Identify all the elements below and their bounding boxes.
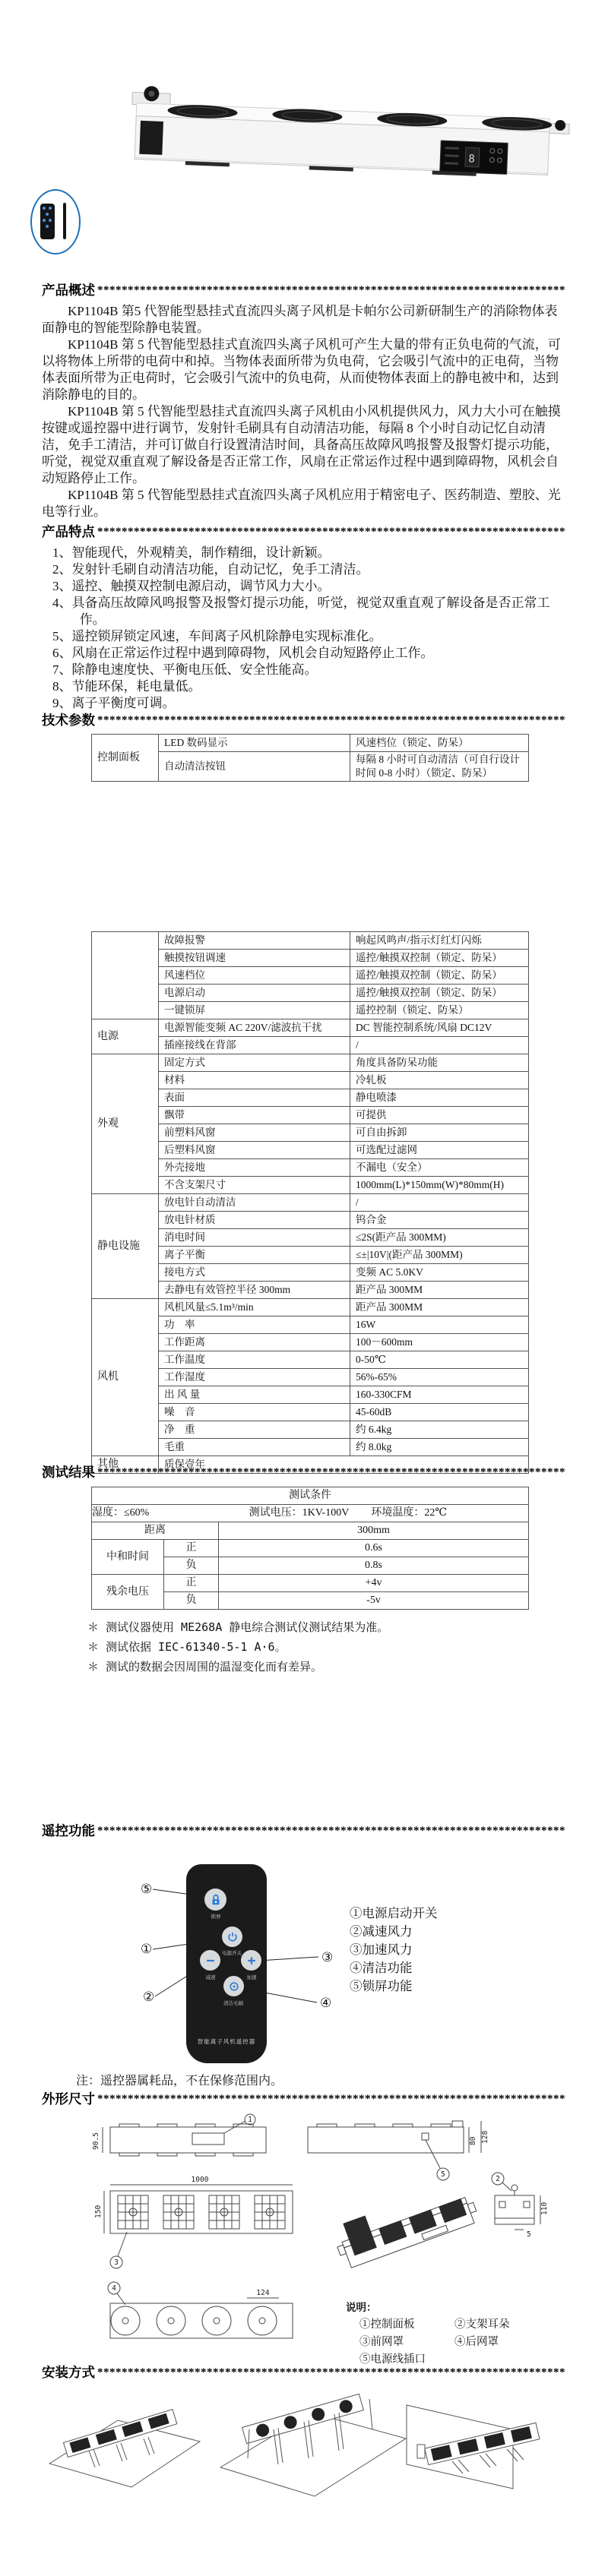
- spec-value: 45-60dB: [350, 1404, 529, 1421]
- test-notes: ＊ 测试仪器使用 ME268A 静电综合测试仪测试结果为准。＊ 测试依据 IEC…: [87, 1617, 566, 1677]
- svg-text:80: 80: [469, 2136, 477, 2145]
- features-section: 产品特点 ***********************************…: [42, 524, 566, 712]
- divider-stars: ****************************************…: [95, 1823, 566, 1839]
- install-option-1: [49, 2410, 200, 2487]
- spec-key: 放电针自动清洁: [159, 1194, 350, 1212]
- condition-item: 测试电压：1KV-100V: [249, 1506, 372, 1520]
- spec-key: 离子平衡: [159, 1247, 350, 1264]
- panel-value: 风速档位（锁定、防呆）: [350, 735, 529, 752]
- condition-item: 湿度：≤60%: [92, 1506, 249, 1520]
- svg-text:4: 4: [112, 2284, 116, 2293]
- remote-legend-item: ⑤锁屏功能: [350, 1977, 438, 1996]
- spec-value: DC 智能控制系统/风扇 DC12V: [350, 1019, 529, 1037]
- spec-value: 静电喷漆: [350, 1089, 529, 1107]
- section-title: 技术参数: [42, 713, 95, 729]
- svg-text:5: 5: [441, 2170, 445, 2179]
- svg-text:3: 3: [114, 2258, 119, 2267]
- feature-item: 9、离子平衡度可调。: [52, 695, 566, 712]
- spec-key: 不含支架尺寸: [159, 1177, 350, 1194]
- feature-item: 4、具备高压故障风鸣报警及报警灯提示功能，听觉，视觉双重直观了解设备是否正常工作…: [52, 595, 566, 628]
- remote-lock-label: 锁屏: [199, 1913, 233, 1920]
- spec-table: 故障报警响起风鸣声/指示灯红灯闪烁触摸按钮调速遥控/触摸双控制（锁定、防呆）风速…: [91, 931, 529, 1474]
- spec-key: 前塑料风窗: [159, 1124, 350, 1142]
- remote-brand-text: 智能离子风机遥控器: [186, 2037, 267, 2046]
- section-title: 外形尺寸: [42, 2091, 95, 2107]
- spec-key: 固定方式: [159, 1054, 350, 1072]
- spec-key: 电源启动: [159, 985, 350, 1002]
- test-value: -5v: [219, 1592, 529, 1610]
- test-table: 测试条件 湿度：≤60%测试电压：1KV-100V环境温度：22℃ 距离 300…: [91, 1487, 529, 1610]
- svg-text:8: 8: [468, 153, 475, 165]
- svg-text:2: 2: [496, 2175, 500, 2183]
- section-title: 测试结果: [42, 1465, 95, 1481]
- svg-text:1: 1: [248, 2116, 252, 2124]
- section-header: 产品特点 ***********************************…: [42, 524, 566, 540]
- remote-legend: ①电源启动开关②减速风力③加速风力④清洁功能⑤锁屏功能: [350, 1904, 438, 1996]
- remote-minus-button: [200, 1950, 220, 1971]
- remote-section: 遥控功能 ***********************************…: [42, 1823, 566, 2105]
- legend-item: ③前网罩: [359, 2334, 454, 2351]
- spec-row: 故障报警响起风鸣声/指示灯红灯闪烁: [92, 932, 529, 950]
- remote-lock-button: [204, 1889, 226, 1911]
- panel-key: LED 数码显示: [159, 735, 350, 752]
- spec-row: 静电设施放电针自动清洁/: [92, 1194, 529, 1212]
- section-header: 安装方式 ***********************************…: [42, 2365, 566, 2381]
- spec-table-body: 故障报警响起风鸣声/指示灯红灯闪烁触摸按钮调速遥控/触摸双控制（锁定、防呆）风速…: [92, 932, 529, 1474]
- front-view: 1 90.5: [92, 2114, 266, 2156]
- spec-value: 遥控/触摸双控制（锁定、防呆）: [350, 967, 529, 985]
- spec-key: 材料: [159, 1072, 350, 1089]
- spec-value: 约 6.4kg: [350, 1421, 529, 1439]
- spec-group-label: 外观: [92, 1054, 159, 1194]
- feature-item: 6、风扇在正常运作过程中遇到障碍物，风机会自动短路停止工作。: [52, 645, 566, 662]
- spec-key: 风机风量≤5.1m³/min: [159, 1299, 350, 1316]
- conditions-row: 湿度：≤60%测试电压：1KV-100V环境温度：22℃: [92, 1506, 528, 1520]
- divider-stars: ****************************************…: [95, 283, 566, 299]
- table-row: 湿度：≤60%测试电压：1KV-100V环境温度：22℃: [92, 1505, 529, 1522]
- spec-key: 功 率: [159, 1316, 350, 1334]
- spec-key: 故障报警: [159, 932, 350, 950]
- power-icon: [226, 1931, 239, 1943]
- table-row: 残余电压 正 +4v: [92, 1575, 529, 1592]
- test-value: 0.8s: [219, 1557, 529, 1575]
- callout-4: ④: [320, 1996, 331, 2009]
- section-title: 产品特点: [42, 524, 95, 540]
- spec-value: 变频 AC 5.0KV: [350, 1264, 529, 1282]
- spec-group-label: 电源: [92, 1019, 159, 1054]
- spec-value: 响起风鸣声/指示灯红灯闪烁: [350, 932, 529, 950]
- table-row: 中和时间 正 0.6s: [92, 1540, 529, 1557]
- spec-group-label: [92, 932, 159, 1019]
- callout-lines: [42, 1839, 566, 2105]
- divider-stars: ****************************************…: [95, 1465, 566, 1481]
- spec-value: 56%-65%: [350, 1369, 529, 1386]
- remote-clean-label: 清洁毛刷: [217, 1999, 250, 2006]
- feature-item: 5、遥控锁屏锁定风速，车间离子风机除静电实现标准化。: [52, 628, 566, 645]
- spec-key: 放电针材质: [159, 1212, 350, 1229]
- remote-note: 注：遥控器属耗品，不在保修范围内。: [76, 2071, 283, 2088]
- legend-item: ④后网罩: [454, 2334, 510, 2351]
- panel-key: 自动清洁按钮: [159, 752, 350, 782]
- condition-item: 环境温度：22℃: [371, 1506, 447, 1520]
- installation-section: 安装方式 ***********************************…: [42, 2365, 566, 2503]
- spec-value: 遥控/触摸双控制（锁定、防呆）: [350, 985, 529, 1002]
- svg-text:90.5: 90.5: [92, 2132, 100, 2150]
- test-sign: 正: [164, 1575, 219, 1592]
- feature-list: 1、智能现代，外观精美，制作精细，设计新颖。2、发射针毛刷自动清洁功能，自动记忆…: [42, 545, 566, 712]
- svg-text:110: 110: [540, 2202, 549, 2215]
- lock-icon: [209, 1893, 223, 1907]
- spec-key: 风速档位: [159, 967, 350, 985]
- install-option-3: [407, 2405, 540, 2489]
- control-panel: 8: [440, 141, 508, 174]
- spec-key: 工作湿度: [159, 1369, 350, 1386]
- tech-params-section: 技术参数 ***********************************…: [42, 713, 566, 782]
- spec-key: 净 重: [159, 1421, 350, 1439]
- divider-stars: ****************************************…: [95, 524, 566, 540]
- spec-value: 角度具备防呆功能: [350, 1054, 529, 1072]
- spec-value: 距产品 300MM: [350, 1299, 529, 1316]
- spec-key: 触摸按钮调速: [159, 950, 350, 967]
- test-note: ＊ 测试依据 IEC-61340-5-1 A·6。: [87, 1637, 566, 1657]
- spec-value: 1000mm(L)*150mm(W)*80mm(H): [350, 1177, 529, 1194]
- remote-minus-label: 减速: [194, 1974, 227, 1980]
- remote-legend-item: ②减速风力: [350, 1923, 438, 1941]
- remote-device: 锁屏 电源开关 减速: [186, 1864, 267, 2063]
- legend-grid: ①控制面板②支架耳朵③前网罩④后网罩⑤电源线插口: [346, 2316, 510, 2369]
- spec-key: 电源智能变频 AC 220V/滤波抗干扰: [159, 1019, 350, 1037]
- table-row: 测试条件: [92, 1487, 529, 1505]
- divider-stars: ****************************************…: [95, 2091, 566, 2107]
- overview-section: 产品概述 ***********************************…: [42, 283, 566, 520]
- remote-thumbnail: [30, 189, 81, 254]
- spec-group-label: 静电设施: [92, 1194, 159, 1299]
- test-group-label: 中和时间: [92, 1540, 164, 1575]
- bracket-detail: 110 5 2: [492, 2173, 549, 2239]
- remote-plus-button: [241, 1950, 261, 1971]
- spec-row: 电源电源智能变频 AC 220V/滤波抗干扰DC 智能控制系统/风扇 DC12V: [92, 1019, 529, 1037]
- callout-5: ⑤: [141, 1882, 152, 1895]
- section-title: 安装方式: [42, 2365, 95, 2381]
- test-value: +4v: [219, 1575, 529, 1592]
- legend-title: 说明：: [346, 2299, 510, 2316]
- overview-paragraph: KP1104B 第 5 代智能型悬挂式直流四头离子风机可产生大量的带有正负电荷的…: [42, 337, 566, 403]
- isometric-view: [331, 2179, 480, 2270]
- dimension-drawings: 1 90.5 5 80 128: [42, 2107, 566, 2364]
- conditions-cell: 湿度：≤60%测试电压：1KV-100V环境温度：22℃: [92, 1505, 529, 1522]
- spec-value: ≤±|10V|(距产品 300MM): [350, 1247, 529, 1264]
- test-sign: 正: [164, 1540, 219, 1557]
- panel-group-label: 控制面板: [92, 735, 159, 782]
- section-title: 遥控功能: [42, 1823, 95, 1839]
- remote-legend-item: ①电源启动开关: [350, 1904, 438, 1923]
- bottom-view: 124: [110, 2289, 293, 2338]
- spec-key: 毛重: [159, 1439, 350, 1456]
- distance-label: 距离: [92, 1522, 219, 1540]
- table-row: 距离 300mm: [92, 1522, 529, 1540]
- spec-row: 外观固定方式角度具备防呆功能: [92, 1054, 529, 1072]
- legend-item: ①控制面板: [359, 2316, 454, 2334]
- spec-group-label: 风机: [92, 1299, 159, 1456]
- remote-legend-item: ④清洁功能: [350, 1959, 438, 1977]
- spec-table-section: 故障报警响起风鸣声/指示灯红灯闪烁触摸按钮调速遥控/触摸双控制（锁定、防呆）风速…: [42, 931, 566, 1474]
- spec-key: 外壳接地: [159, 1159, 350, 1177]
- feature-item: 1、智能现代，外观精美，制作精细，设计新颖。: [52, 545, 566, 561]
- spec-value: 0-50℃: [350, 1351, 529, 1369]
- spec-row: 风机风机风量≤5.1m³/min距产品 300MM: [92, 1299, 529, 1316]
- spec-value: 可选配过滤网: [350, 1142, 529, 1159]
- spec-key: 噪 音: [159, 1404, 350, 1421]
- dimensions-section: 外形尺寸 ***********************************…: [42, 2091, 566, 2364]
- section-header: 技术参数 ***********************************…: [42, 713, 566, 729]
- svg-text:5: 5: [527, 2230, 531, 2239]
- spec-key: 工作温度: [159, 1351, 350, 1369]
- overview-paragraph: KP1104B 第 5 代智能型悬挂式直流四头离子风机应用于精密电子、医药制造、…: [42, 487, 566, 520]
- remote-legend-item: ③加速风力: [350, 1941, 438, 1959]
- test-group-label: 残余电压: [92, 1575, 164, 1610]
- spec-key: 飘带: [159, 1107, 350, 1124]
- legend-item: ②支架耳朵: [454, 2316, 510, 2334]
- spec-key: 一键锁屏: [159, 1002, 350, 1019]
- spec-value: 160-330CFM: [350, 1386, 529, 1404]
- section-header: 外形尺寸 ***********************************…: [42, 2091, 566, 2107]
- remote-figure: 锁屏 电源开关 减速: [42, 1839, 566, 2105]
- side-label: [139, 121, 163, 155]
- test-value: 0.6s: [219, 1540, 529, 1557]
- top-view: 1000 150 3 4: [94, 2176, 293, 2305]
- feature-item: 8、节能环保，耗电量低。: [52, 678, 566, 695]
- spec-key: 出 风 量: [159, 1386, 350, 1404]
- section-header: 产品概述 ***********************************…: [42, 283, 566, 299]
- conditions-header: 测试条件: [92, 1487, 529, 1505]
- spec-value: 16W: [350, 1316, 529, 1334]
- spec-key: 去静电有效管控半径 300mm: [159, 1282, 350, 1299]
- install-option-2: [220, 2394, 406, 2496]
- spec-key: 接电方式: [159, 1264, 350, 1282]
- svg-text:150: 150: [94, 2205, 103, 2218]
- section-title: 产品概述: [42, 283, 95, 299]
- spec-value: 距产品 300MM: [350, 1282, 529, 1299]
- spec-value: 冷轧板: [350, 1072, 529, 1089]
- remote-power-button: [222, 1926, 242, 1947]
- test-results-section: 测试结果 ***********************************…: [42, 1465, 566, 1677]
- product-photo: 8: [114, 53, 579, 199]
- plus-icon: [245, 1955, 258, 1967]
- spec-key: 后塑料风窗: [159, 1142, 350, 1159]
- panel-table: 控制面板 LED 数码显示 风速档位（锁定、防呆） 自动清洁按钮 每隔 8 小时…: [91, 734, 529, 782]
- spec-value: /: [350, 1037, 529, 1054]
- spec-key: 消电时间: [159, 1229, 350, 1247]
- spec-value: 遥控控制（锁定、防呆）: [350, 1002, 529, 1019]
- remote-clean-button: [223, 1976, 244, 1996]
- test-sign: 负: [164, 1592, 219, 1610]
- minus-icon: [204, 1955, 217, 1967]
- spec-key: 表面: [159, 1089, 350, 1107]
- overview-paragraphs: KP1104B 第5 代智能型悬挂式直流四头离子风机是卡帕尔公司新研制生产的消除…: [42, 303, 566, 520]
- back-view: 5 80 128: [308, 2121, 489, 2180]
- remote-thumb-front: [40, 204, 55, 239]
- svg-text:124: 124: [256, 2289, 269, 2297]
- test-note: ＊ 测试的数据会因周围的温湿变化而有差异。: [87, 1657, 566, 1677]
- svg-text:128: 128: [481, 2131, 489, 2144]
- spec-value: 可自由拆卸: [350, 1124, 529, 1142]
- spec-value: ≤2S(距产品 300MM): [350, 1229, 529, 1247]
- divider-stars: ****************************************…: [95, 2365, 566, 2381]
- panel-value: 每隔 8 小时可自动清洁（可自行设计时间 0-8 小时）（锁定、防呆）: [350, 752, 529, 782]
- table-row: 控制面板 LED 数码显示 风速档位（锁定、防呆）: [92, 735, 529, 752]
- callout-3: ③: [321, 1951, 333, 1964]
- spec-key: 插座接线在背部: [159, 1037, 350, 1054]
- product-datasheet-page: 8 产品概述: [0, 0, 608, 2576]
- spec-value: 不漏电（安全）: [350, 1159, 529, 1177]
- clean-icon: [228, 1980, 240, 1993]
- callout-1: ①: [141, 1942, 152, 1955]
- spec-value: 100－600mm: [350, 1334, 529, 1351]
- feature-item: 7、除静电速度快、平衡电压低、安全性能高。: [52, 662, 566, 678]
- test-note: ＊ 测试仪器使用 ME268A 静电综合测试仪测试结果为准。: [87, 1617, 566, 1637]
- feature-item: 2、发射针毛刷自动清洁功能，自动记忆，免手工清洁。: [52, 561, 566, 578]
- svg-text:1000: 1000: [192, 2176, 209, 2184]
- spec-value: 遥控/触摸双控制（锁定、防呆）: [350, 950, 529, 967]
- test-sign: 负: [164, 1557, 219, 1575]
- spec-value: /: [350, 1194, 529, 1212]
- spec-key: 工作距离: [159, 1334, 350, 1351]
- spec-value: 可提供: [350, 1107, 529, 1124]
- spec-value: 约 8.0kg: [350, 1439, 529, 1456]
- feature-item: 3、遥控、触摸双控制电源启动，调节风力大小。: [52, 578, 566, 595]
- overview-paragraph: KP1104B 第 5 代智能型悬挂式直流四头离子风机由小风机提供风力，风力大小…: [42, 403, 566, 487]
- installation-svg: [42, 2385, 566, 2499]
- dimensions-legend: 说明： ①控制面板②支架耳朵③前网罩④后网罩⑤电源线插口: [346, 2299, 510, 2369]
- distance-value: 300mm: [219, 1522, 529, 1540]
- spec-value: 钨合金: [350, 1212, 529, 1229]
- divider-stars: ****************************************…: [95, 713, 566, 729]
- callout-2: ②: [143, 1990, 154, 2003]
- section-header: 遥控功能 ***********************************…: [42, 1823, 566, 1839]
- section-header: 测试结果 ***********************************…: [42, 1465, 566, 1481]
- remote-thumb-side: [63, 203, 66, 239]
- overview-paragraph: KP1104B 第5 代智能型悬挂式直流四头离子风机是卡帕尔公司新研制生产的消除…: [42, 303, 566, 337]
